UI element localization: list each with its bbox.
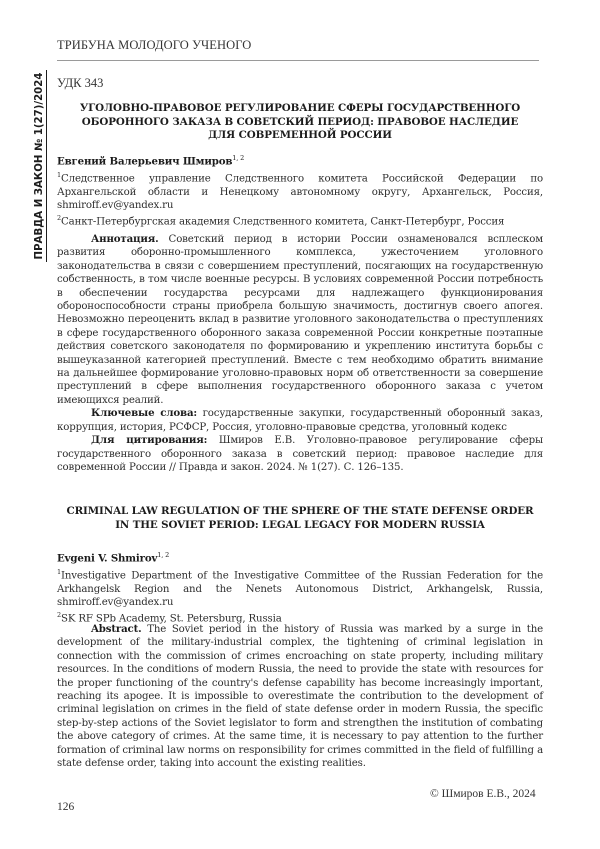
affiliation-1-en: 1Investigative Department of the Investi…	[57, 566, 543, 610]
udk-code: УДК 343	[57, 76, 543, 91]
abstract-ru: Аннотация. Советский период в истории Ро…	[57, 233, 543, 407]
copyright-notice: © Шмиров Е.В., 2024	[430, 788, 536, 800]
header-rule	[57, 60, 539, 61]
author-block-en: Evgeni V. Shmirov1, 2 1Investigative Dep…	[57, 549, 543, 626]
keywords-ru: Ключевые слова: государственные закупки,…	[57, 407, 543, 434]
article-title-en: CRIMINAL LAW REGULATION OF THE SPHERE OF…	[60, 505, 540, 532]
abstract-section-ru: Аннотация. Советский период в истории Ро…	[57, 233, 543, 474]
affiliation-1-ru: 1Следственное управление Следственного к…	[57, 169, 543, 213]
abstract-en: Abstract. The Soviet period in the histo…	[57, 623, 543, 770]
abstract-section-en: Abstract. The Soviet period in the histo…	[57, 623, 543, 770]
journal-side-label: ПРАВДА И ЗАКОН № 1(27)/2024	[33, 70, 47, 262]
citation-ru: Для цитирования: Шмиров Е.В. Уголовно-пр…	[57, 434, 543, 474]
author-name-ru: Евгений Валерьевич Шмиров1, 2	[57, 152, 543, 169]
author-block-ru: Евгений Валерьевич Шмиров1, 2 1Следствен…	[57, 152, 543, 229]
page-number: 126	[57, 801, 74, 813]
affiliation-2-ru: 2Санкт-Петербургская академия Следственн…	[57, 212, 543, 229]
running-head: ТРИБУНА МОЛОДОГО УЧЕНОГО	[57, 38, 251, 53]
article-title-ru: УГОЛОВНО-ПРАВОВОЕ РЕГУЛИРОВАНИЕ СФЕРЫ ГО…	[72, 102, 528, 143]
author-name-en: Evgeni V. Shmirov1, 2	[57, 549, 543, 566]
